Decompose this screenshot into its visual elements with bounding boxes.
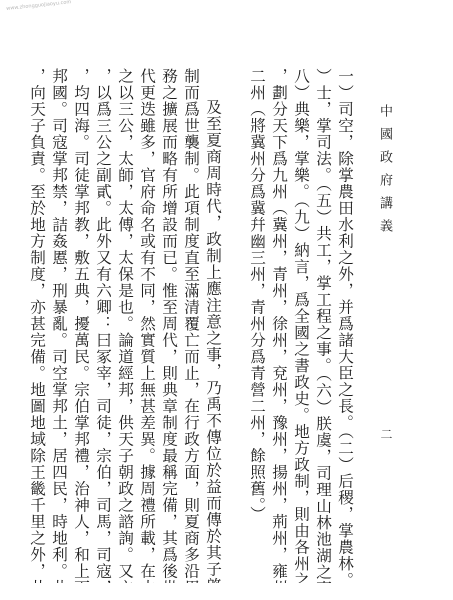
text-column-13: ，均四海。司徒掌邦教，敷五典，擾萬民。宗伯掌邦禮，治神人，和上下。司馬掌邦政，統… [72,68,94,583]
text-column-5: 二州（將冀州分爲冀幷幽三州，青州分爲青營二州，餘照舊。） [248,68,270,583]
text-column-15: ，向天子負責。至於地方制度，亦甚完備。地圖地域除王畿千里之外，共分爲八州，州有伯… [28,68,50,583]
text-column-7: 及至夏商周時代，政制上應注意之事，乃禹不傳位於益而傳於其子啓。從此君主易位，一變… [204,68,226,583]
text-column-12: ，以爲三公之副貳。此外又有六卿：曰冢宰，司徒，宗伯，司馬，司寇，司空。冢宰掌邦治… [94,68,116,583]
watermark: www.zhongguojiaoyu.com [6,0,72,12]
text-column-4: ，劃分天下爲九州（冀州，青州，徐州，兗州，豫州，揚州，荊州，雍州，梁州）。至舜，… [270,68,292,583]
running-head-title: 中國政府講義 [375,104,394,242]
text-column-10: 代更迭雖多，官府命名或有不同，然實質上無甚差異。據周禮所載，在中央政府方面，天子… [138,68,160,583]
paragraph-break [226,68,248,583]
page-number: 二 [378,428,395,440]
text-column-1: 一）司空，除掌農田水利之外，并爲諸大臣之長。（二）后稷，掌農林。（三）司徒，掌教… [336,68,358,583]
text-column-2: ）士，掌司法。（五）共工，掌工程之事。（六）朕虞，司理山林池湖之事。（七）秩宗，… [314,68,336,583]
body-text: 一）司空，除掌農田水利之外，并爲諸大臣之長。（二）后稷，掌農林。（三）司徒，掌教… [28,68,358,588]
text-column-14: 邦國。司寇掌邦禁，詰姦慝，刑暴亂。司空掌邦土，居四民，時地利。此六官各有專職，直… [50,68,72,583]
text-column-8: 制而爲世襲制。此項制度直至滿清覆亡而止，在行政方面，則夏商多沿用前朝之舊制，不過… [182,68,204,583]
text-column-3: 八）典樂，掌樂。（九）納言，爲全國之書政史。地方政制，則由各州之州牧司管。堯時，… [292,68,314,583]
text-column-9: 務之擴展而略有所增設而已。惟至周代，則典章制度最稱完備，其爲後世師法者，垂二千年… [160,68,182,583]
text-column-11: 之以三公，太師，太傅，太保是也。論道經邦，供天子朝政之諮詢。又立三孤，曰少師，少… [116,68,138,583]
